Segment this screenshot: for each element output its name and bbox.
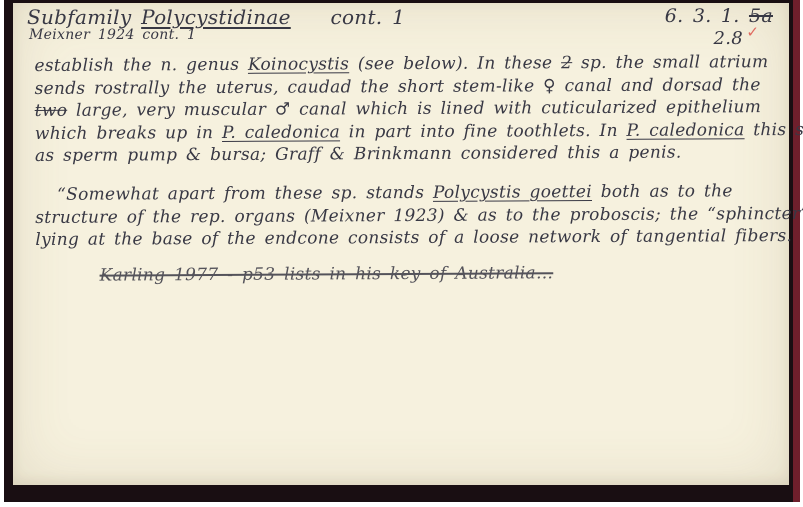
catalog-number-secondary: 2.8 <box>713 28 743 49</box>
species-name-underlined: P. caledonica <box>626 120 744 141</box>
text-segment: which breaks up in <box>35 123 214 144</box>
subfamily-taxon-name: Polycystidinae <box>141 5 291 29</box>
body-text: establish the n. genus Koinocystis (see … <box>34 51 781 287</box>
text-segment: “Somewhat apart from these sp. stands <box>57 183 424 205</box>
species-name-underlined: P. caledonica <box>222 122 340 143</box>
genus-name-underlined: Koinocystis <box>248 54 349 75</box>
scanned-index-card-page: { "document": { "header": { "prefix": "S… <box>0 0 803 507</box>
continuation-label: cont. 1 <box>330 5 405 29</box>
catalog-number-value: 6. 3. 1. <box>665 5 740 27</box>
text-segment: establish the n. genus <box>34 55 239 76</box>
index-card: Subfamily Polycystidinae cont. 1 Meixner… <box>13 3 789 485</box>
text-line: “Somewhat apart from these sp. stands Po… <box>35 180 781 206</box>
text-segment: large, very muscular ♂ canal which is li… <box>76 97 761 121</box>
crossed-out-note: Karling 1977 - p53 lists in his key of A… <box>99 261 781 287</box>
text-segment: both as to the <box>601 181 733 202</box>
photo-backdrop: Subfamily Polycystidinae cont. 1 Meixner… <box>4 0 800 502</box>
card-header: Subfamily Polycystidinae cont. 1 <box>27 5 405 29</box>
struck-text: 2 <box>561 53 572 73</box>
source-citation: Meixner 1924 cont. 1 <box>29 27 196 43</box>
text-segment: in part into fine toothlets. In <box>349 121 618 142</box>
species-name-underlined: Polycystis goettei <box>433 182 592 203</box>
text-segment: this serves <box>753 119 803 140</box>
subfamily-label: Subfamily <box>27 5 131 29</box>
text-line: establish the n. genus Koinocystis (see … <box>34 51 780 77</box>
text-segment: sp. the small atrium <box>581 52 769 73</box>
text-segment: (see below). In these <box>358 53 553 74</box>
photo-right-edge <box>793 0 800 502</box>
red-checkmark-icon: ✓ <box>746 23 759 41</box>
struck-text: two <box>35 101 68 121</box>
text-line: lying at the base of the endcone consist… <box>35 225 781 251</box>
text-line: as sperm pump & bursa; Graff & Brinkmann… <box>35 141 781 167</box>
